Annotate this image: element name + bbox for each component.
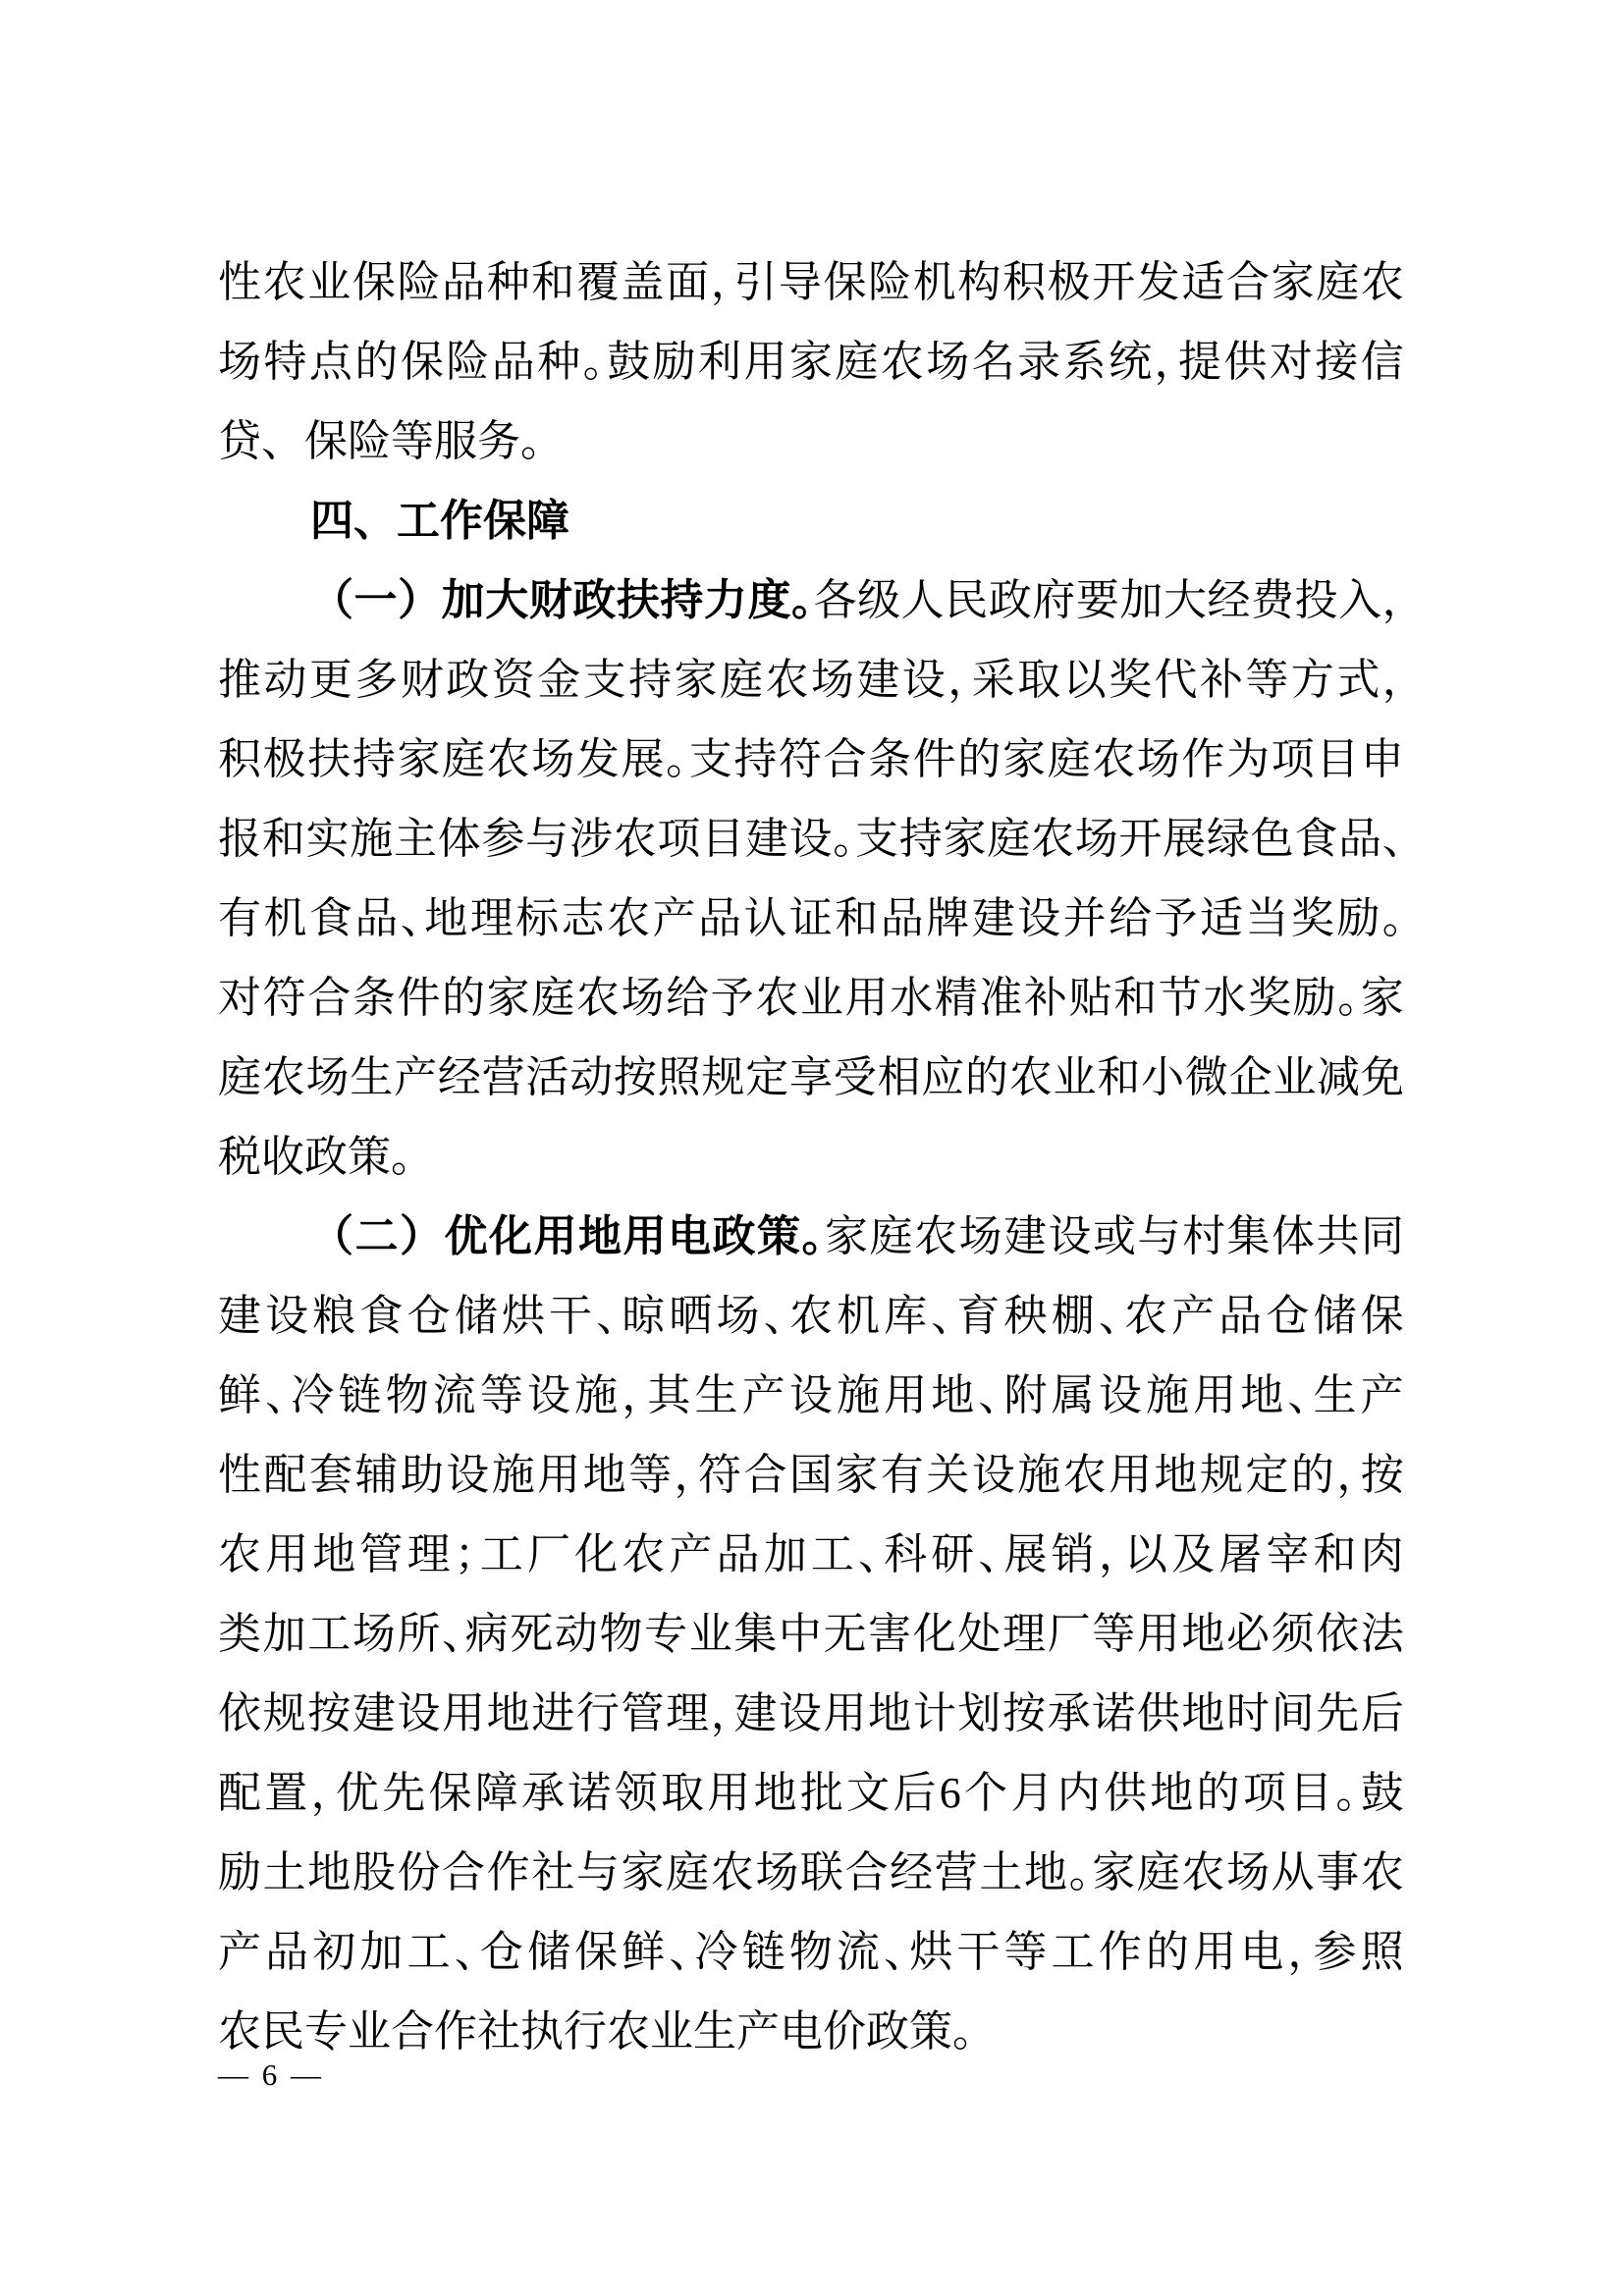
paragraph-end-line: 税收政策。: [218, 1117, 1404, 1197]
body-line: 性农业保险品种和覆盖面，引导保险机构积极开发适合家庭农: [218, 242, 1404, 322]
document-body: 性农业保险品种和覆盖面，引导保险机构积极开发适合家庭农场特点的保险品种。鼓励利用…: [218, 242, 1404, 2071]
paragraph-end-line: 贷、保险等服务。: [218, 401, 1404, 481]
section-heading: 四、工作保障: [218, 481, 1404, 561]
body-line: 配置，优先保障承诺领取用地批文后6个月内供地的项目。鼓: [218, 1753, 1404, 1833]
paragraph-end-line: 农民专业合作社执行农业生产电价政策。: [218, 1992, 1404, 2071]
body-line: 励土地股份合作社与家庭农场联合经营土地。家庭农场从事农: [218, 1833, 1404, 1912]
body-line: 性配套辅助设施用地等，符合国家有关设施农用地规定的，按: [218, 1435, 1404, 1515]
body-line: 建设粮食仓储烘干、晾晒场、农机库、育秧棚、农产品仓储保: [218, 1276, 1404, 1356]
body-line: 推动更多财政资金支持家庭农场建设，采取以奖代补等方式，: [218, 640, 1404, 720]
body-line: 有机食品、地理标志农产品认证和品牌建设并给予适当奖励。: [218, 879, 1404, 958]
body-line: 对符合条件的家庭农场给予农业用水精准补贴和节水奖励。家: [218, 958, 1404, 1038]
page-number: — 6 —: [218, 2056, 324, 2095]
paragraph-lead-line: （二）优化用地用电政策。家庭农场建设或与村集体共同: [218, 1197, 1404, 1276]
body-line: 依规按建设用地进行管理，建设用地计划按承诺供地时间先后: [218, 1674, 1404, 1753]
body-line: 农用地管理；工厂化农产品加工、科研、展销，以及屠宰和肉: [218, 1515, 1404, 1594]
body-line: 鲜、冷链物流等设施，其生产设施用地、附属设施用地、生产: [218, 1356, 1404, 1435]
body-line: 积极扶持家庭农场发展。支持符合条件的家庭农场作为项目申: [218, 720, 1404, 799]
document-page: 性农业保险品种和覆盖面，引导保险机构积极开发适合家庭农场特点的保险品种。鼓励利用…: [0, 0, 1624, 2296]
body-line: 类加工场所、病死动物专业集中无害化处理厂等用地必须依法: [218, 1594, 1404, 1674]
body-line: 庭农场生产经营活动按照规定享受相应的农业和小微企业减免: [218, 1038, 1404, 1117]
body-line: 报和实施主体参与涉农项目建设。支持家庭农场开展绿色食品、: [218, 799, 1404, 879]
paragraph-lead-line: （一）加大财政扶持力度。各级人民政府要加大经费投入，: [218, 561, 1404, 640]
body-line: 场特点的保险品种。鼓励利用家庭农场名录系统，提供对接信: [218, 322, 1404, 401]
body-line: 产品初加工、仓储保鲜、冷链物流、烘干等工作的用电，参照: [218, 1912, 1404, 1992]
page: { "page": { "background": "#ffffff", "te…: [0, 0, 1624, 2296]
